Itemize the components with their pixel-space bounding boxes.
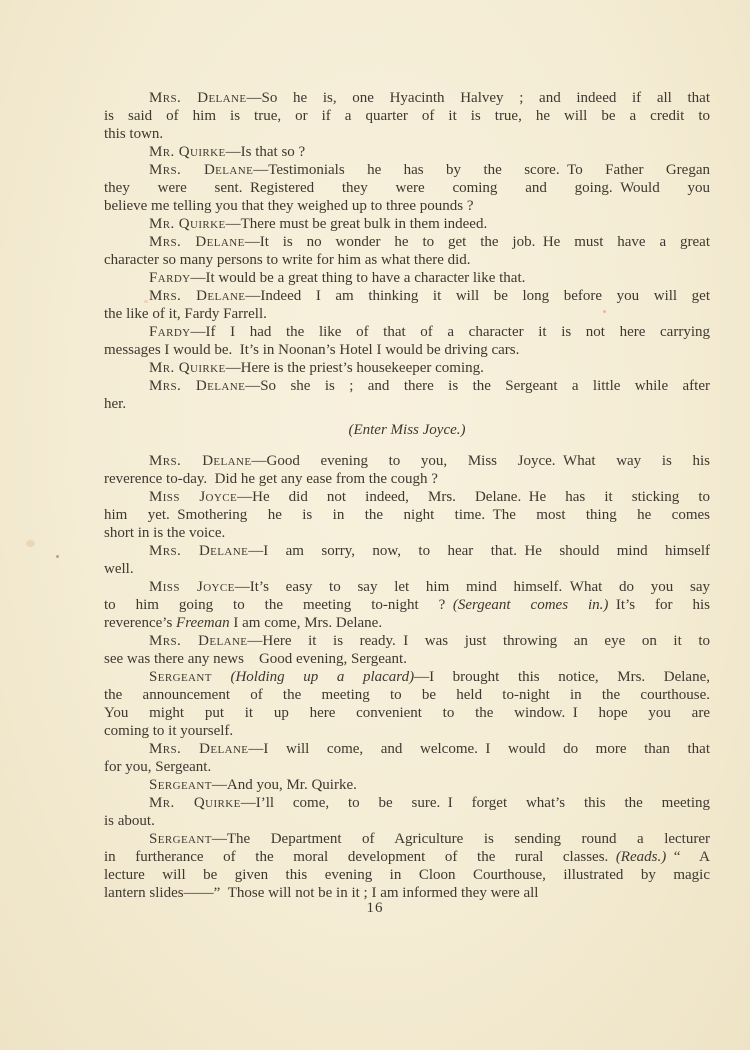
text-line: short in is the voice.: [104, 524, 710, 542]
text-line: well.: [104, 560, 710, 578]
text-line: Mrs. Delane—So he is, one Hyacinth Halve…: [104, 89, 710, 107]
speaker-name: Fardy: [149, 324, 191, 340]
text-line: reverence to-day. Did he get any ease fr…: [104, 470, 710, 488]
page-text: Mrs. Delane—So he is, one Hyacinth Halve…: [104, 89, 710, 902]
text-line: Mrs. Delane—I am sorry, now, to hear tha…: [104, 542, 710, 560]
text-line: him yet. Smothering he is in the night t…: [104, 506, 710, 524]
dialogue-text: —I brought this notice, Mrs. Delane,: [414, 669, 710, 685]
dialogue-text: her.: [104, 396, 126, 412]
stage-direction: (Enter Miss Joyce.): [104, 421, 710, 439]
stage-direction-inline: (Reads.): [616, 849, 666, 865]
text-line: Mr. Quirke—There must be great bulk in t…: [104, 215, 710, 233]
dialogue-text: —Indeed I am thinking it will be long be…: [245, 288, 710, 304]
text-line: messages I would be. It’s in Noonan’s Ho…: [104, 341, 710, 359]
text-line: the announcement of the meeting to be he…: [104, 686, 710, 704]
dialogue-text: [212, 669, 231, 685]
text-line: Mr. Quirke—Is that so ?: [104, 143, 710, 161]
dialogue-text: —Testimonials he has by the score. To Fa…: [253, 162, 710, 178]
text-line: Miss Joyce—He did not indeed, Mrs. Delan…: [104, 488, 710, 506]
text-line: the like of it, Fardy Farrell.: [104, 305, 710, 323]
speaker-name: Mrs. Delane: [149, 378, 245, 394]
dialogue-text: short in is the voice.: [104, 525, 225, 541]
dialogue-text: well.: [104, 561, 134, 577]
text-line: her.: [104, 395, 710, 413]
speaker-name: Mrs. Delane: [149, 741, 248, 757]
dialogue-text: they were sent. Registered they were com…: [104, 180, 710, 196]
dialogue-text: —It is no wonder he to get the job. He m…: [245, 234, 710, 250]
paper-speck: [56, 555, 59, 558]
dialogue-text: —If I had the like of that of a characte…: [191, 324, 710, 340]
speaker-name: Mrs. Delane: [149, 288, 245, 304]
dialogue-text: —The Department of Agriculture is sendin…: [212, 831, 710, 847]
page-number: 16: [0, 900, 750, 917]
speaker-name: Mrs. Delane: [149, 162, 253, 178]
dialogue-text: —It’s easy to say let him mind himself. …: [235, 579, 710, 595]
text-line: Mrs. Delane—Here it is ready. I was just…: [104, 632, 710, 650]
text-line: Sergeant—The Department of Agriculture i…: [104, 830, 710, 848]
dialogue-text: is about.: [104, 813, 155, 829]
text-line: believe me telling you that they weighed…: [104, 197, 710, 215]
text-line: Sergeant (Holding up a placard)—I brough…: [104, 668, 710, 686]
dialogue-text: I am come, Mrs. Delane.: [230, 615, 382, 631]
speaker-name: Mr. Quirke: [149, 144, 226, 160]
dialogue-text: —Is that so ?: [226, 144, 306, 160]
text-line: Mrs. Delane—It is no wonder he to get th…: [104, 233, 710, 251]
text-line: Mrs. Delane—Indeed I am thinking it will…: [104, 287, 710, 305]
dialogue-text: —It would be a great thing to have a cha…: [191, 270, 526, 286]
dialogue-text: It’s for his: [608, 597, 710, 613]
text-line: You might put it up here convenient to t…: [104, 704, 710, 722]
text-line: Mrs. Delane—Testimonials he has by the s…: [104, 161, 710, 179]
dialogue-text: —Here it is ready. I was just throwing a…: [247, 633, 710, 649]
dialogue-text: —So she is ; and there is the Sergeant a…: [245, 378, 710, 394]
dialogue-text: —I am sorry, now, to hear that. He shoul…: [248, 543, 710, 559]
dialogue-text: reverence’s: [104, 615, 176, 631]
dialogue-text: believe me telling you that they weighed…: [104, 198, 474, 214]
dialogue-text: lantern slides——” Those will not be in i…: [104, 885, 538, 901]
dialogue-text: is said of him is true, or if a quarter …: [104, 108, 710, 124]
dialogue-text: —I’ll come, to be sure. I forget what’s …: [241, 795, 710, 811]
text-line: Mrs. Delane—So she is ; and there is the…: [104, 377, 710, 395]
text-line: Fardy—It would be a great thing to have …: [104, 269, 710, 287]
speaker-name: Mrs. Delane: [149, 90, 247, 106]
text-line: Fardy—If I had the like of that of a cha…: [104, 323, 710, 341]
text-line: in furtherance of the moral development …: [104, 848, 710, 866]
dialogue-text: You might put it up here convenient to t…: [104, 705, 710, 721]
dialogue-text: —And you, Mr. Quirke.: [212, 777, 357, 793]
text-line: Mrs. Delane—I will come, and welcome. I …: [104, 740, 710, 758]
text-line: for you, Sergeant.: [104, 758, 710, 776]
text-line: character so many persons to write for h…: [104, 251, 710, 269]
text-line: lecture will be given this evening in Cl…: [104, 866, 710, 884]
book-page: Mrs. Delane—So he is, one Hyacinth Halve…: [0, 0, 750, 1050]
dialogue-text: lecture will be given this evening in Cl…: [104, 867, 710, 883]
dialogue-text: —He did not indeed, Mrs. Delane. He has …: [237, 489, 710, 505]
text-line: Mrs. Delane—Good evening to you, Miss Jo…: [104, 452, 710, 470]
text-line: reverence’s Freeman I am come, Mrs. Dela…: [104, 614, 710, 632]
text-line: to him going to the meeting to-night ? (…: [104, 596, 710, 614]
dialogue-text: messages I would be. It’s in Noonan’s Ho…: [104, 342, 519, 358]
dialogue-text: —I will come, and welcome. I would do mo…: [248, 741, 710, 757]
dialogue-text: the announcement of the meeting to be he…: [104, 687, 710, 703]
text-line: Mr. Quirke—Here is the priest’s housekee…: [104, 359, 710, 377]
dialogue-text: —Good evening to you, Miss Joyce. What w…: [251, 453, 710, 469]
speaker-name: Mrs. Delane: [149, 234, 245, 250]
speaker-name: Mr. Quirke: [149, 795, 241, 811]
text-line: Miss Joyce—It’s easy to say let him mind…: [104, 578, 710, 596]
text-line: is said of him is true, or if a quarter …: [104, 107, 710, 125]
dialogue-text: (Enter Miss Joyce.): [348, 422, 465, 438]
speaker-name: Sergeant: [149, 777, 212, 793]
dialogue-text: see was there any news Good evening, Ser…: [104, 651, 407, 667]
dialogue-text: to him going to the meeting to-night ?: [104, 597, 453, 613]
speaker-name: Miss Joyce: [149, 579, 235, 595]
dialogue-text: the like of it, Fardy Farrell.: [104, 306, 267, 322]
text-line: see was there any news Good evening, Ser…: [104, 650, 710, 668]
text-line: they were sent. Registered they were com…: [104, 179, 710, 197]
text-line: Mr. Quirke—I’ll come, to be sure. I forg…: [104, 794, 710, 812]
text-line: is about.: [104, 812, 710, 830]
speaker-name: Mr. Quirke: [149, 216, 226, 232]
dialogue-text: this town.: [104, 126, 163, 142]
stage-direction-inline: (Holding up a placard): [230, 669, 414, 685]
dialogue-text: “ A: [666, 849, 710, 865]
text-line: this town.: [104, 125, 710, 143]
speaker-name: Mr. Quirke: [149, 360, 226, 376]
speaker-name: Mrs. Delane: [149, 633, 247, 649]
dialogue-text: in furtherance of the moral development …: [104, 849, 616, 865]
dialogue-text: for you, Sergeant.: [104, 759, 211, 775]
speaker-name: Miss Joyce: [149, 489, 237, 505]
paper-speck: [26, 540, 35, 547]
dialogue-text: —Here is the priest’s housekeeper coming…: [226, 360, 484, 376]
text-line: Sergeant—And you, Mr. Quirke.: [104, 776, 710, 794]
speaker-name: Mrs. Delane: [149, 543, 248, 559]
dialogue-text: coming to it yourself.: [104, 723, 233, 739]
dialogue-text: character so many persons to write for h…: [104, 252, 471, 268]
dialogue-text: —So he is, one Hyacinth Halvey ; and ind…: [247, 90, 711, 106]
speaker-name: Sergeant: [149, 669, 212, 685]
dialogue-text: reverence to-day. Did he get any ease fr…: [104, 471, 438, 487]
dialogue-text: him yet. Smothering he is in the night t…: [104, 507, 710, 523]
dialogue-text: —There must be great bulk in them indeed…: [226, 216, 488, 232]
stage-direction-inline: Freeman: [176, 615, 230, 631]
speaker-name: Fardy: [149, 270, 191, 286]
speaker-name: Mrs. Delane: [149, 453, 251, 469]
speaker-name: Sergeant: [149, 831, 212, 847]
stage-direction-inline: (Sergeant comes in.): [453, 597, 609, 613]
text-line: coming to it yourself.: [104, 722, 710, 740]
